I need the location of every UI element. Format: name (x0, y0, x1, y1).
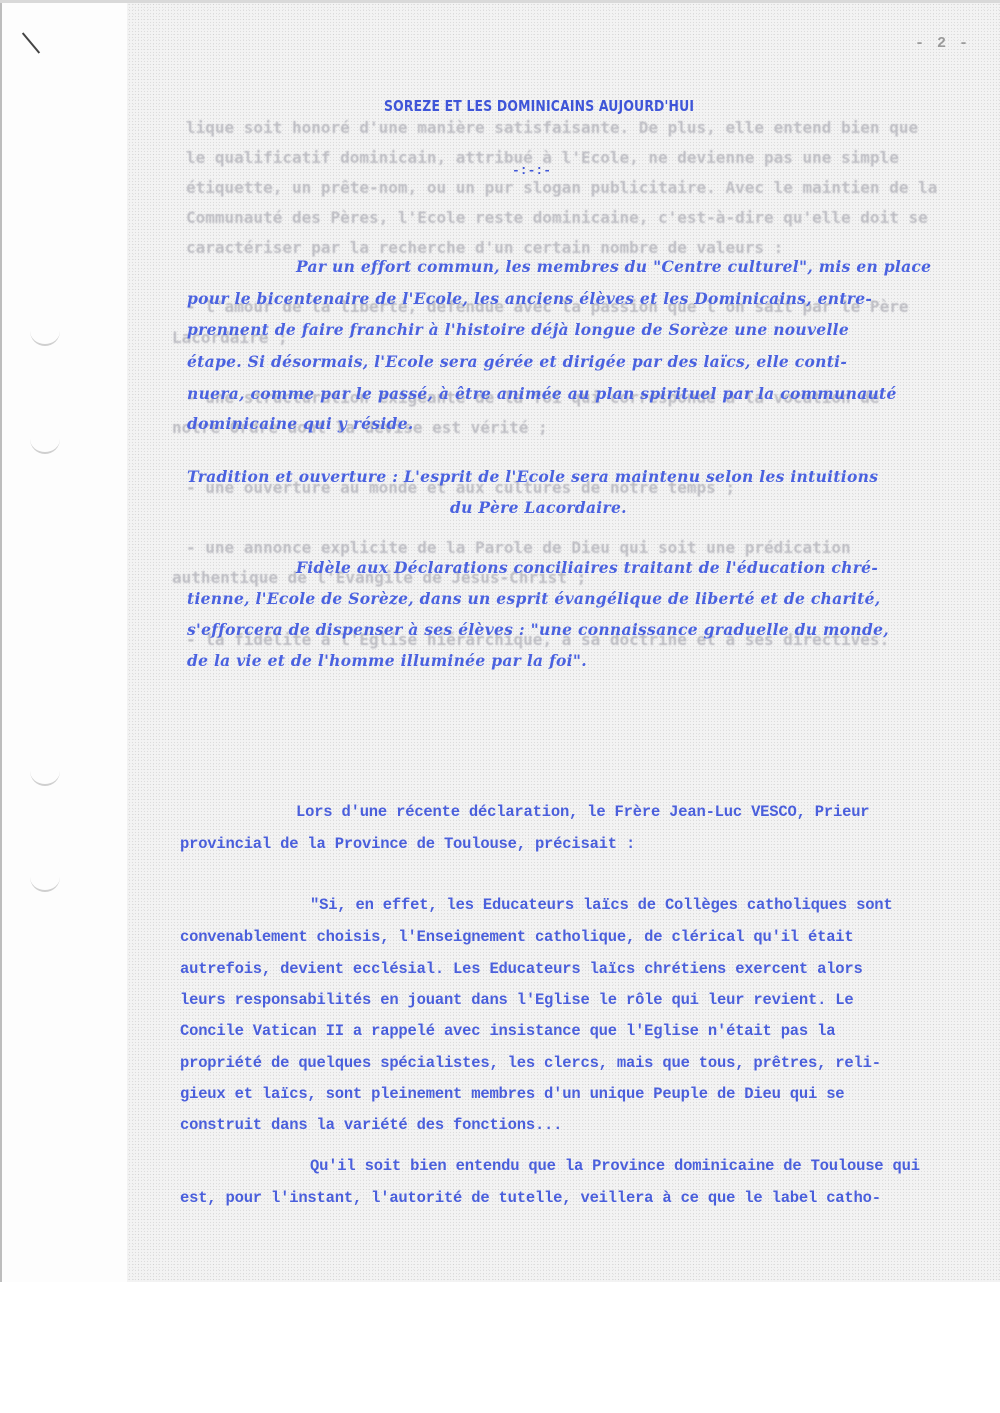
paragraph-line: gieux et laïcs, sont pleinement membres … (180, 1085, 844, 1103)
paragraph-line: propriété de quelques spécialistes, les … (180, 1054, 881, 1072)
page-number: - 2 - (915, 35, 970, 52)
paragraph-line: Par un effort commun, les membres du "Ce… (296, 257, 931, 276)
title-separator: -:-:- (512, 163, 551, 178)
paragraph-line: construit dans la variété des fonctions.… (180, 1116, 562, 1134)
paragraph-line: Lors d'une récente déclaration, le Frère… (296, 803, 869, 821)
bleed-line: Communauté des Pères, l'Ecole reste domi… (186, 208, 928, 227)
bleed-line: - une annonce explicite de la Parole de … (186, 538, 851, 557)
paragraph-line: Fidèle aux Déclarations conciliaires tra… (296, 558, 878, 577)
paragraph-line: tienne, l'Ecole de Sorèze, dans un espri… (187, 589, 880, 608)
page-title: SOREZE ET LES DOMINICAINS AUJOURD'HUI (384, 97, 694, 115)
paragraph-line: de la vie et de l'homme illuminée par la… (187, 651, 587, 670)
page-top-edge (0, 0, 1000, 3)
paragraph-line: Qu'il soit bien entendu que la Province … (310, 1157, 920, 1175)
paragraph-line: est, pour l'instant, l'autorité de tutel… (180, 1189, 881, 1207)
paragraph-line: provincial de la Province de Toulouse, p… (180, 835, 635, 853)
paragraph-line: Concile Vatican II a rappelé avec insist… (180, 1022, 835, 1040)
paragraph-line: dominicaine qui y réside. (187, 414, 414, 433)
bleed-line: étiquette, un prête-nom, ou un pur sloga… (186, 178, 937, 197)
paragraph-line: Tradition et ouverture : L'esprit de l'E… (187, 467, 878, 486)
scan-bottom-area (0, 1282, 1000, 1413)
paragraph-line: du Père Lacordaire. (450, 498, 627, 517)
paragraph-line: convenablement choisis, l'Enseignement c… (180, 928, 854, 946)
paragraph-line: nuera, comme par le passé, à être animée… (187, 384, 897, 403)
paragraph-line: pour le bicentenaire de l'Ecole, les anc… (187, 289, 872, 308)
paragraph-line: étape. Si désormais, l'Ecole sera gérée … (187, 352, 847, 371)
paragraph-line: "Si, en effet, les Educateurs laïcs de C… (310, 896, 893, 914)
paragraph-line: s'efforcera de dispenser à ses élèves : … (187, 620, 889, 639)
bleed-line: lique soit honoré d'une manière satisfai… (186, 118, 918, 137)
paragraph-line: leurs responsabilités en jouant dans l'E… (180, 991, 854, 1009)
paragraph-line: prennent de faire franchir à l'histoire … (187, 320, 849, 339)
paragraph-line: autrefois, devient ecclésial. Les Educat… (180, 960, 863, 978)
bleed-line: caractériser par la recherche d'un certa… (186, 238, 783, 257)
page-margin (0, 0, 127, 1282)
